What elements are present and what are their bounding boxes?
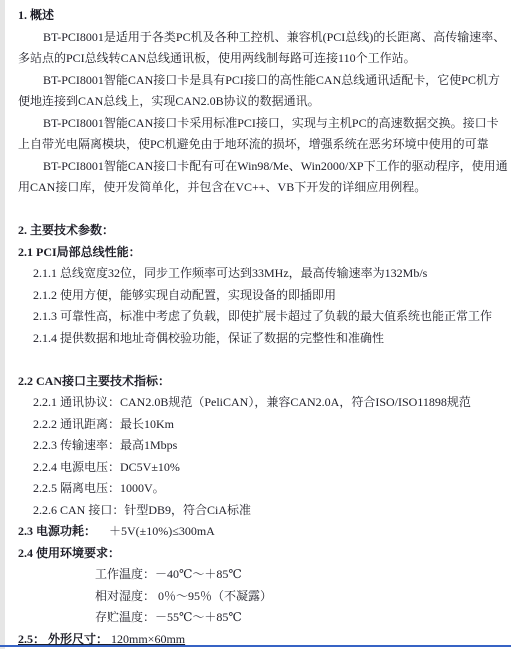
blank-line bbox=[18, 199, 509, 221]
blank-line bbox=[18, 349, 509, 371]
section-1-paragraph: BT-PCI8001智能CAN接口卡采用标准PCI接口，实现与主机PC的高速数据… bbox=[18, 113, 509, 156]
spec-item-2-1-1: 2.1.1 总线宽度32位，同步工作频率可达到33MHz，最高传输速率为132M… bbox=[33, 263, 509, 285]
section-2-3-line: 2.3 电源功耗： ＋5V(±10%)≤300mA bbox=[18, 521, 509, 543]
spec-item-2-2-4: 2.2.4 电源电压：DC5V±10% bbox=[33, 457, 509, 479]
section-1-paragraph: BT-PCI8001智能CAN接口卡是具有PCI接口的高性能CAN总线通讯适配卡… bbox=[18, 70, 509, 113]
section-1-paragraph: BT-PCI8001智能CAN接口卡配有可在Win98/Me、Win2000/X… bbox=[18, 156, 509, 199]
document-content: 1. 概述 BT-PCI8001是适用于各类PC机及各种工控机、兼容机(PCI总… bbox=[18, 5, 509, 649]
page-left-edge bbox=[0, 0, 5, 649]
section-2-3-label: 2.3 电源功耗： bbox=[18, 524, 96, 538]
section-1-paragraph: BT-PCI8001是适用于各类PC机及各种工控机、兼容机(PCI总线)的长距离… bbox=[18, 27, 509, 70]
section-2-5-value: 120mm×60mm bbox=[111, 632, 185, 646]
env-relative-humidity: 相对湿度： 0％～95％（不凝露） bbox=[95, 586, 509, 608]
spec-item-2-2-3: 2.2.3 传输速率：最高1Mbps bbox=[33, 435, 509, 457]
spec-item-2-1-3: 2.1.3 可靠性高，标准中考虑了负载，即使扩展卡超过了负载的最大值系统也能正常… bbox=[33, 306, 509, 328]
section-2-4-heading: 2.4 使用环境要求： bbox=[18, 543, 509, 565]
section-2-2-heading: 2.2 CAN接口主要技术指标： bbox=[18, 371, 509, 393]
document-page: 1. 概述 BT-PCI8001是适用于各类PC机及各种工控机、兼容机(PCI总… bbox=[0, 0, 511, 649]
spec-item-2-1-4: 2.1.4 提供数据和地址奇偶校验功能，保证了数据的完整性和准确性 bbox=[33, 328, 509, 350]
spec-item-2-2-1: 2.2.1 通讯协议：CAN2.0B规范（PeliCAN），兼容CAN2.0A，… bbox=[33, 392, 509, 414]
section-2-1-heading: 2.1 PCI局部总线性能： bbox=[18, 242, 509, 264]
spec-item-2-2-2: 2.2.2 通讯距离：最长10Km bbox=[33, 414, 509, 436]
section-1-heading: 1. 概述 bbox=[18, 5, 509, 27]
section-2-3-value: ＋5V(±10%)≤300mA bbox=[109, 524, 215, 538]
section-2-heading: 2. 主要技术参数： bbox=[18, 220, 509, 242]
spec-item-2-2-6: 2.2.6 CAN 接口：针型DB9，符合CiA标准 bbox=[33, 500, 509, 522]
env-working-temperature: 工作温度：－40℃～＋85℃ bbox=[95, 564, 509, 586]
spec-item-2-2-5: 2.2.5 隔离电压：1000V。 bbox=[33, 478, 509, 500]
spec-item-2-1-2: 2.1.2 使用方便，能够实现自动配置，实现设备的即插即用 bbox=[33, 285, 509, 307]
section-2-5-label: 2.5： 外形尺寸： bbox=[18, 632, 108, 646]
bottom-blue-rule bbox=[0, 645, 511, 647]
env-storage-temperature: 存贮温度：－55℃～＋85℃ bbox=[95, 607, 509, 629]
